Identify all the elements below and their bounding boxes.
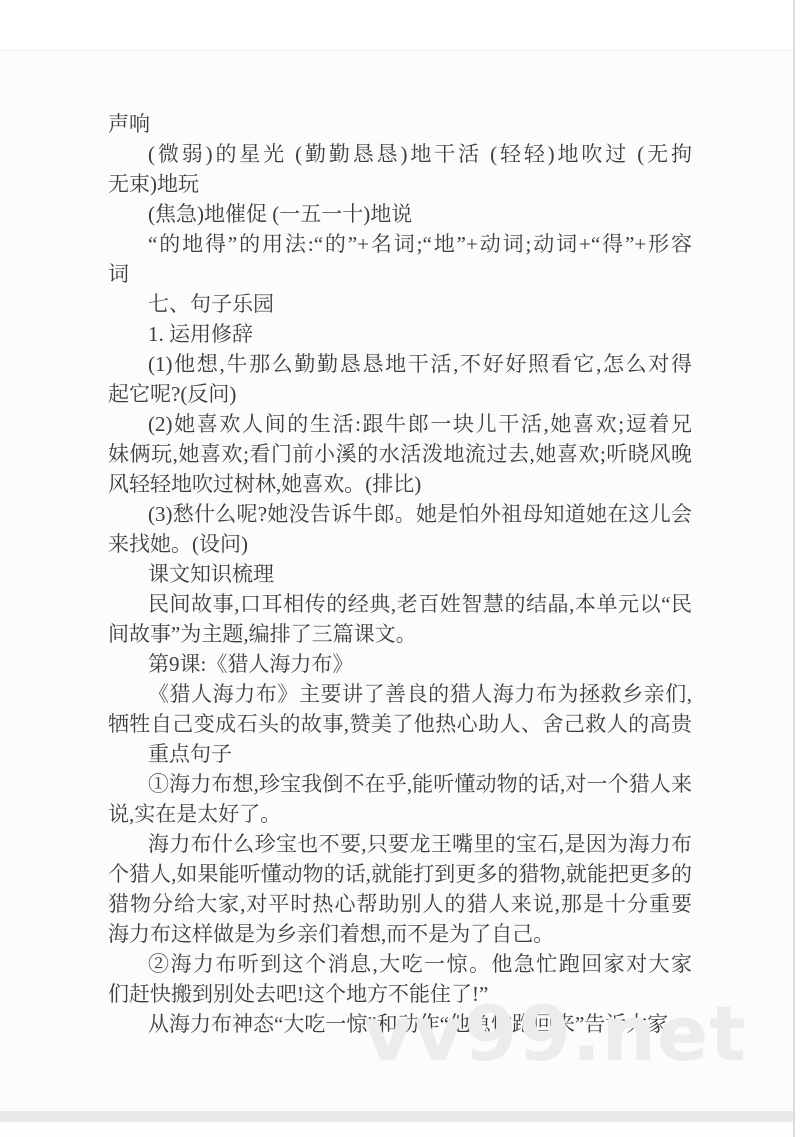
text-line: (焦急)地催促 (一五一十)地说 [108, 199, 692, 229]
text-line: 海力布这样做是为乡亲们着想,而不是为了自己。 [108, 919, 692, 949]
text-line: 声响 [108, 109, 692, 139]
text-line: (微弱)的星光 (勤勤恳恳)地干活 (轻轻)地吹过 (无拘 [108, 139, 692, 169]
text-line: 课文知识梳理 [108, 559, 692, 589]
text-line: 个猎人,如果能听懂动物的话,就能打到更多的猎物,就能把更多的 [108, 859, 692, 889]
text-line: 海力布什么珍宝也不要,只要龙王嘴里的宝石,是因为海力布是 [108, 829, 692, 859]
text-line: ②海力布听到这个消息,大吃一惊。他急忙跑回家对大家说:“咱 [108, 949, 692, 979]
text-line: (1)他想,牛那么勤勤恳恳地干活,不好好照看它,怎么对得 [108, 349, 692, 379]
text-line: ①海力布想,珍宝我倒不在乎,能听懂动物的话,对一个猎人来 [108, 769, 692, 799]
text-line: (2)她喜欢人间的生活:跟牛郎一块儿干活,她喜欢;逗着兄 [108, 409, 692, 439]
text-line: 妹俩玩,她喜欢;看门前小溪的水活泼地流过去,她喜欢;听晓风晚 [108, 439, 692, 469]
text-line: “的地得”的用法:“的”+名词;“地”+动词;动词+“得”+形容 [108, 229, 692, 259]
text-line: 1. 运用修辞 [108, 319, 692, 349]
text-line: 无束)地玩 [108, 169, 692, 199]
next-page-top [0, 1122, 793, 1137]
text-line: (3)愁什么呢?她没告诉牛郎。她是怕外祖母知道她在这儿会 [108, 499, 692, 529]
page-separator [0, 1111, 793, 1122]
text-line: 来找她。(设问) [108, 529, 692, 559]
text-line: 词 [108, 259, 692, 289]
text-line: 《猎人海力布》主要讲了善良的猎人海力布为拯救乡亲们,不惜 [108, 679, 692, 709]
right-edge-line [793, 0, 795, 1137]
text-line: 起它呢?(反问) [108, 379, 692, 409]
text-line: 从海力布神态“大吃一惊”和动作“他急忙跑回来”告诉大家, [108, 1009, 692, 1039]
text-line: 们赶快搬到别处去吧!这个地方不能住了!” [108, 979, 692, 1009]
document-page: 声响(微弱)的星光 (勤勤恳恳)地干活 (轻轻)地吹过 (无拘无束)地玩(焦急)… [0, 50, 793, 1112]
text-line: 重点句子 [108, 739, 692, 769]
text-line: 民间故事,口耳相传的经典,老百姓智慧的结晶,本单元以“民 [108, 589, 692, 619]
text-line: 说,实在是太好了。 [108, 799, 692, 829]
text-line: 猎物分给大家,对平时热心帮助别人的猎人来说,那是十分重要的。 [108, 889, 692, 919]
document-text: 声响(微弱)的星光 (勤勤恳恳)地干活 (轻轻)地吹过 (无拘无束)地玩(焦急)… [108, 109, 692, 1039]
text-line: 七、句子乐园 [108, 289, 692, 319]
text-line: 间故事”为主题,编排了三篇课文。 [108, 619, 692, 649]
text-line: 风轻轻地吹过树林,她喜欢。(排比) [108, 469, 692, 499]
text-line: 第9课:《猎人海力布》 [108, 649, 692, 679]
text-line: 牺牲自己变成石头的故事,赞美了他热心助人、舍己救人的高贵品质。 [108, 709, 692, 739]
